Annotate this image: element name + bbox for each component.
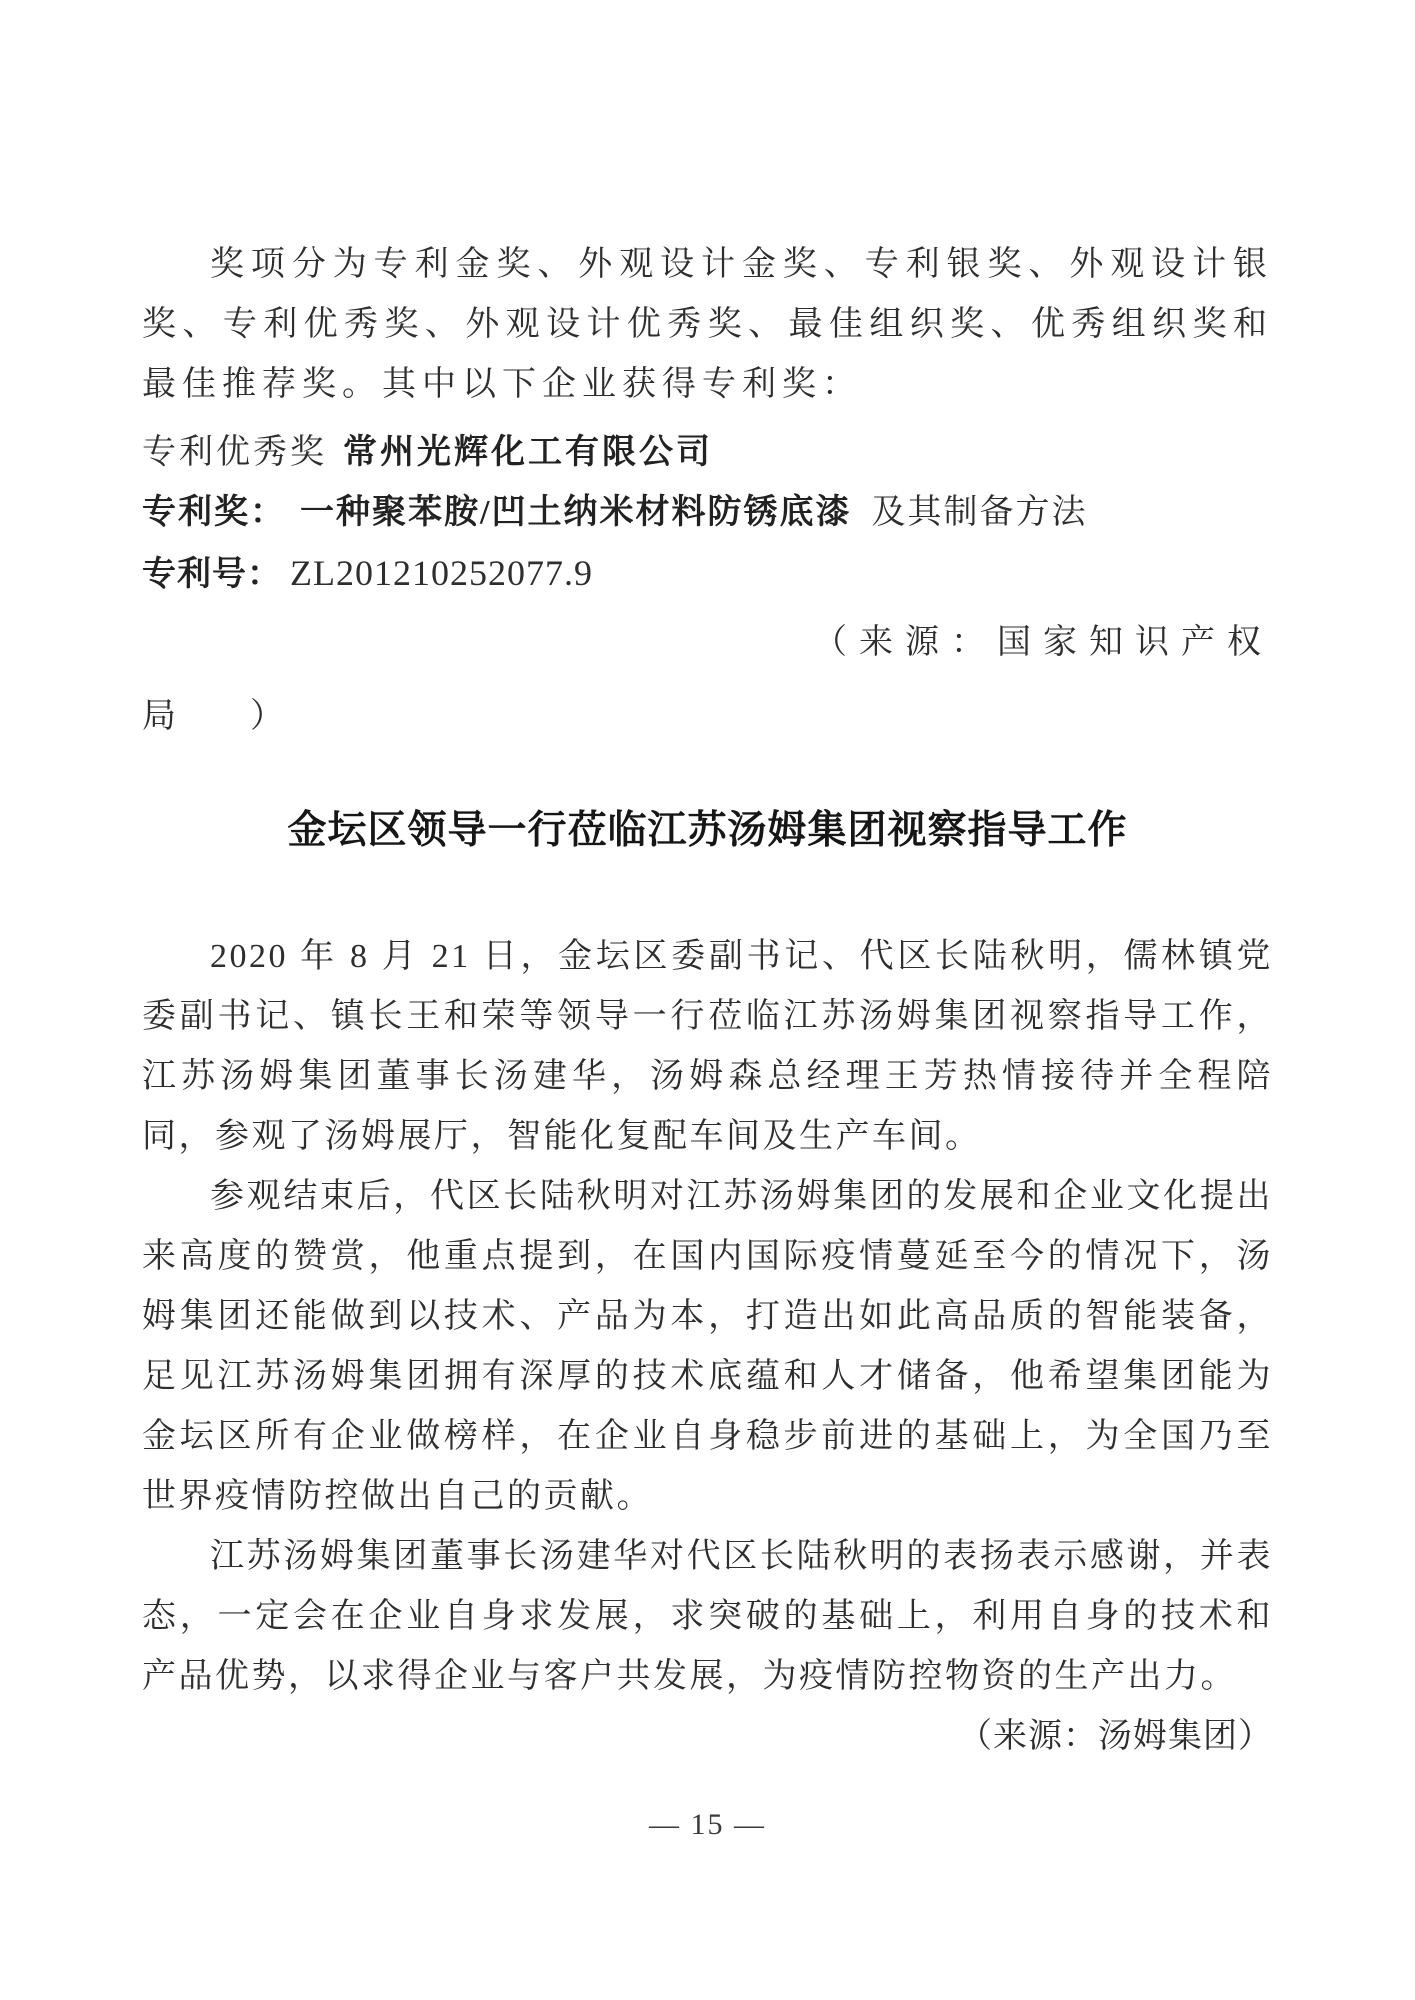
article-paragraph-3: 江苏汤姆集团董事长汤建华对代区长陆秋明的表扬表示感谢，并表态，一定会在企业自身求… — [142, 1527, 1273, 1707]
patent-award-label: 专利奖： — [142, 494, 286, 531]
page-content: 奖项分为专利金奖、外观设计金奖、专利银奖、外观设计银奖、专利优秀奖、外观设计优秀… — [0, 0, 1415, 1767]
award-category-label: 专利优秀奖 — [142, 434, 327, 471]
awards-intro-paragraph: 奖项分为专利金奖、外观设计金奖、专利银奖、外观设计银奖、专利优秀奖、外观设计优秀… — [142, 235, 1273, 415]
patent-title-line: 专利奖：一种聚苯胺/凹土纳米材料防锈底漆及其制备方法 — [142, 483, 1273, 543]
patent-number-line: 专利号：ZL201210252077.9 — [142, 543, 1273, 605]
patent-number-label: 专利号： — [142, 556, 282, 593]
page-footer: — 15 — — [0, 1808, 1415, 1842]
article-paragraph-1: 2020 年 8 月 21 日，金坛区委副书记、代区长陆秋明，儒林镇党委副书记、… — [142, 927, 1273, 1167]
visit-article-section: 金坛区领导一行莅临江苏汤姆集团视察指导工作 2020 年 8 月 21 日，金坛… — [142, 803, 1273, 1767]
document-page: 奖项分为专利金奖、外观设计金奖、专利银奖、外观设计银奖、专利优秀奖、外观设计优秀… — [0, 0, 1415, 2000]
patent-source-line-1: （来源：国家知识产权 — [142, 613, 1273, 673]
patent-title: 一种聚苯胺/凹土纳米材料防锈底漆 — [300, 494, 851, 531]
patent-awards-section: 奖项分为专利金奖、外观设计金奖、专利银奖、外观设计银奖、专利优秀奖、外观设计优秀… — [142, 235, 1273, 747]
article-source-line: （来源：汤姆集团） — [142, 1707, 1273, 1767]
patent-source-line-2: 局 ） — [142, 687, 1273, 747]
patent-title-suffix: 及其制备方法 — [871, 494, 1087, 531]
article-paragraph-2: 参观结束后，代区长陆秋明对江苏汤姆集团的发展和企业文化提出来高度的赞赏，他重点提… — [142, 1167, 1273, 1527]
patent-excellence-line: 专利优秀奖常州光辉化工有限公司 — [142, 423, 1273, 483]
patent-number-value: ZL201210252077.9 — [290, 553, 593, 593]
award-company-name: 常州光辉化工有限公司 — [343, 434, 713, 471]
article-title: 金坛区领导一行莅临江苏汤姆集团视察指导工作 — [142, 803, 1273, 859]
page-number: — 15 — — [649, 1808, 766, 1841]
